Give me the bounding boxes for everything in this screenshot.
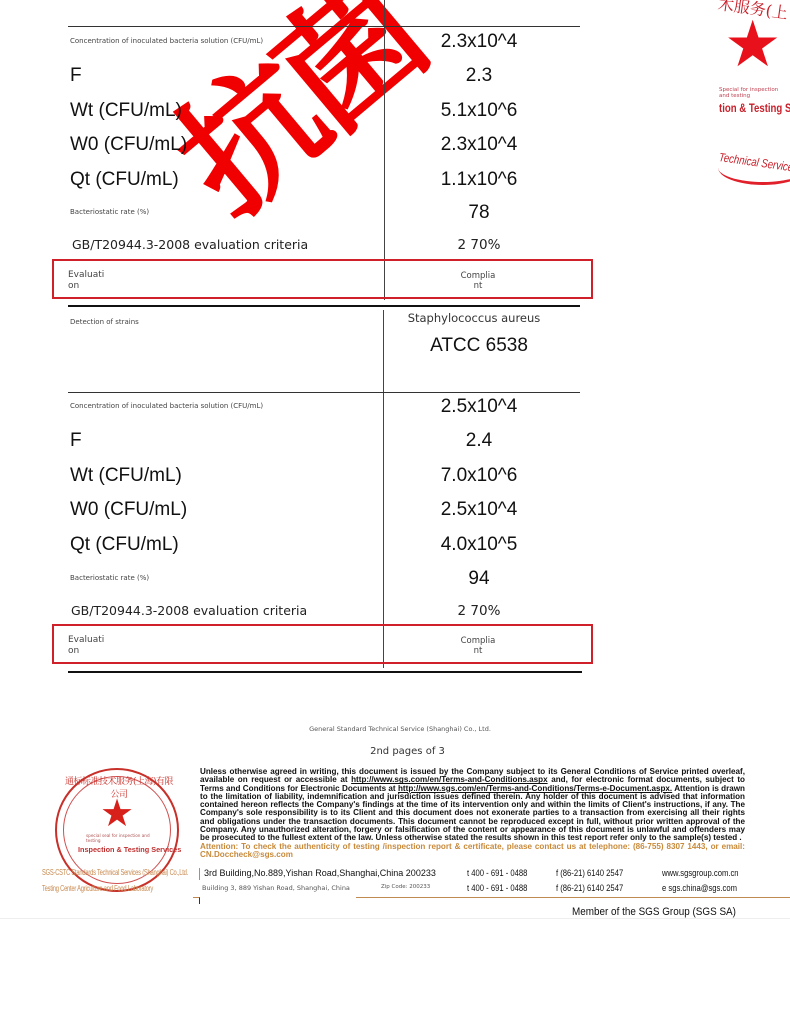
website[interactable]: www.sgsgroup.com.cn: [662, 868, 739, 878]
bacteriostatic-rate-value: 78: [385, 202, 573, 224]
stamp-arc: [718, 150, 790, 185]
wt-value: 7.0x10^6: [385, 465, 573, 487]
detection-of-strains-label: Detection of strains: [70, 318, 139, 326]
row-divider: [68, 392, 580, 393]
criteria-value: 2 70%: [385, 237, 573, 253]
zip-code: Zip Code: 200233: [381, 884, 430, 890]
f-label: F: [70, 65, 82, 87]
star-icon: ★: [724, 12, 781, 76]
seal-star-icon: ★: [100, 795, 134, 833]
table-bottom-rule: [68, 671, 582, 673]
stamp-special-text: Special for inspection and testing: [719, 87, 778, 99]
concentration-value: 2.3x10^4: [385, 31, 573, 53]
table-column-divider: [383, 310, 384, 668]
evaluation-result: Complia nt: [440, 271, 516, 291]
fax-2: f (86-21) 6140 2547: [556, 883, 623, 893]
criteria-value: 2 70%: [385, 603, 573, 619]
address-marker: [199, 868, 200, 880]
f-label: F: [70, 430, 82, 452]
evaluation-label: Evaluati on: [68, 635, 104, 657]
email[interactable]: e sgs.china@sgs.com: [662, 883, 737, 893]
section-divider: [68, 305, 580, 307]
bacteriostatic-rate-label: Bacteriostatic rate (%): [70, 574, 149, 582]
strain-code: ATCC 6538: [385, 335, 573, 357]
seal-company-text: SGS-CSTC Standards Technical Services (S…: [42, 868, 188, 877]
wt-label: Wt (CFU/mL): [70, 465, 182, 487]
fax-1: f (86-21) 6140 2547: [556, 868, 623, 878]
concentration-label: Concentration of inoculated bacteria sol…: [70, 402, 263, 410]
qt-label: Qt (CFU/mL): [70, 534, 179, 556]
page-edge: [0, 918, 790, 919]
evaluation-label: Evaluati on: [68, 270, 104, 292]
strain-name: Staphylococcus aureus: [380, 311, 568, 325]
qt-value: 4.0x10^5: [385, 534, 573, 556]
w0-value: 2.5x10^4: [385, 499, 573, 521]
authenticity-notice: Attention: To check the authenticity of …: [200, 843, 745, 860]
seal-lab-text: Testing Center Agriculture and Food Labo…: [42, 884, 153, 893]
concentration-value: 2.5x10^4: [385, 396, 573, 418]
w0-value: 2.3x10^4: [385, 134, 573, 156]
page-number: 2nd pages of 3: [0, 746, 790, 757]
stamp-services-text: tion & Testing S: [719, 101, 790, 115]
f-value: 2.4: [385, 430, 573, 452]
seal-services-text: Inspection & Testing Services: [78, 845, 181, 854]
row-divider: [68, 26, 580, 27]
concentration-label: Concentration of inoculated bacteria sol…: [70, 37, 263, 45]
qt-label: Qt (CFU/mL): [70, 169, 179, 191]
footer-rule: [356, 897, 790, 898]
sgs-member-text: Member of the SGS Group (SGS SA): [572, 906, 736, 918]
w0-label: W0 (CFU/mL): [70, 134, 187, 156]
seal-special-text: special seal for inspection and testing: [86, 833, 156, 843]
footer-rule-marker: [193, 897, 200, 904]
f-value: 2.3: [385, 65, 573, 87]
legal-disclaimer: Unless otherwise agreed in writing, this…: [200, 768, 745, 859]
criteria-label: GB/T20944.3-2008 evaluation criteria: [68, 603, 310, 618]
telephone-1: t 400 - 691 - 0488: [467, 868, 527, 878]
footer-company-name: General Standard Technical Service (Shan…: [0, 725, 790, 733]
wt-value: 5.1x10^6: [385, 100, 573, 122]
wt-label: Wt (CFU/mL): [70, 100, 182, 122]
bacteriostatic-rate-label: Bacteriostatic rate (%): [70, 208, 149, 216]
w0-label: W0 (CFU/mL): [70, 499, 187, 521]
telephone-2: t 400 - 691 - 0488: [467, 883, 527, 893]
address-small: Building 3, 889 Yishan Road, Shanghai, C…: [202, 884, 350, 892]
qt-value: 1.1x10^6: [385, 169, 573, 191]
criteria-label: GB/T20944.3-2008 evaluation criteria: [69, 237, 311, 252]
evaluation-result: Complia nt: [440, 636, 516, 656]
bacteriostatic-rate-value: 94: [385, 568, 573, 590]
address-en: 3rd Building,No.889,Yishan Road,Shanghai…: [204, 868, 436, 878]
